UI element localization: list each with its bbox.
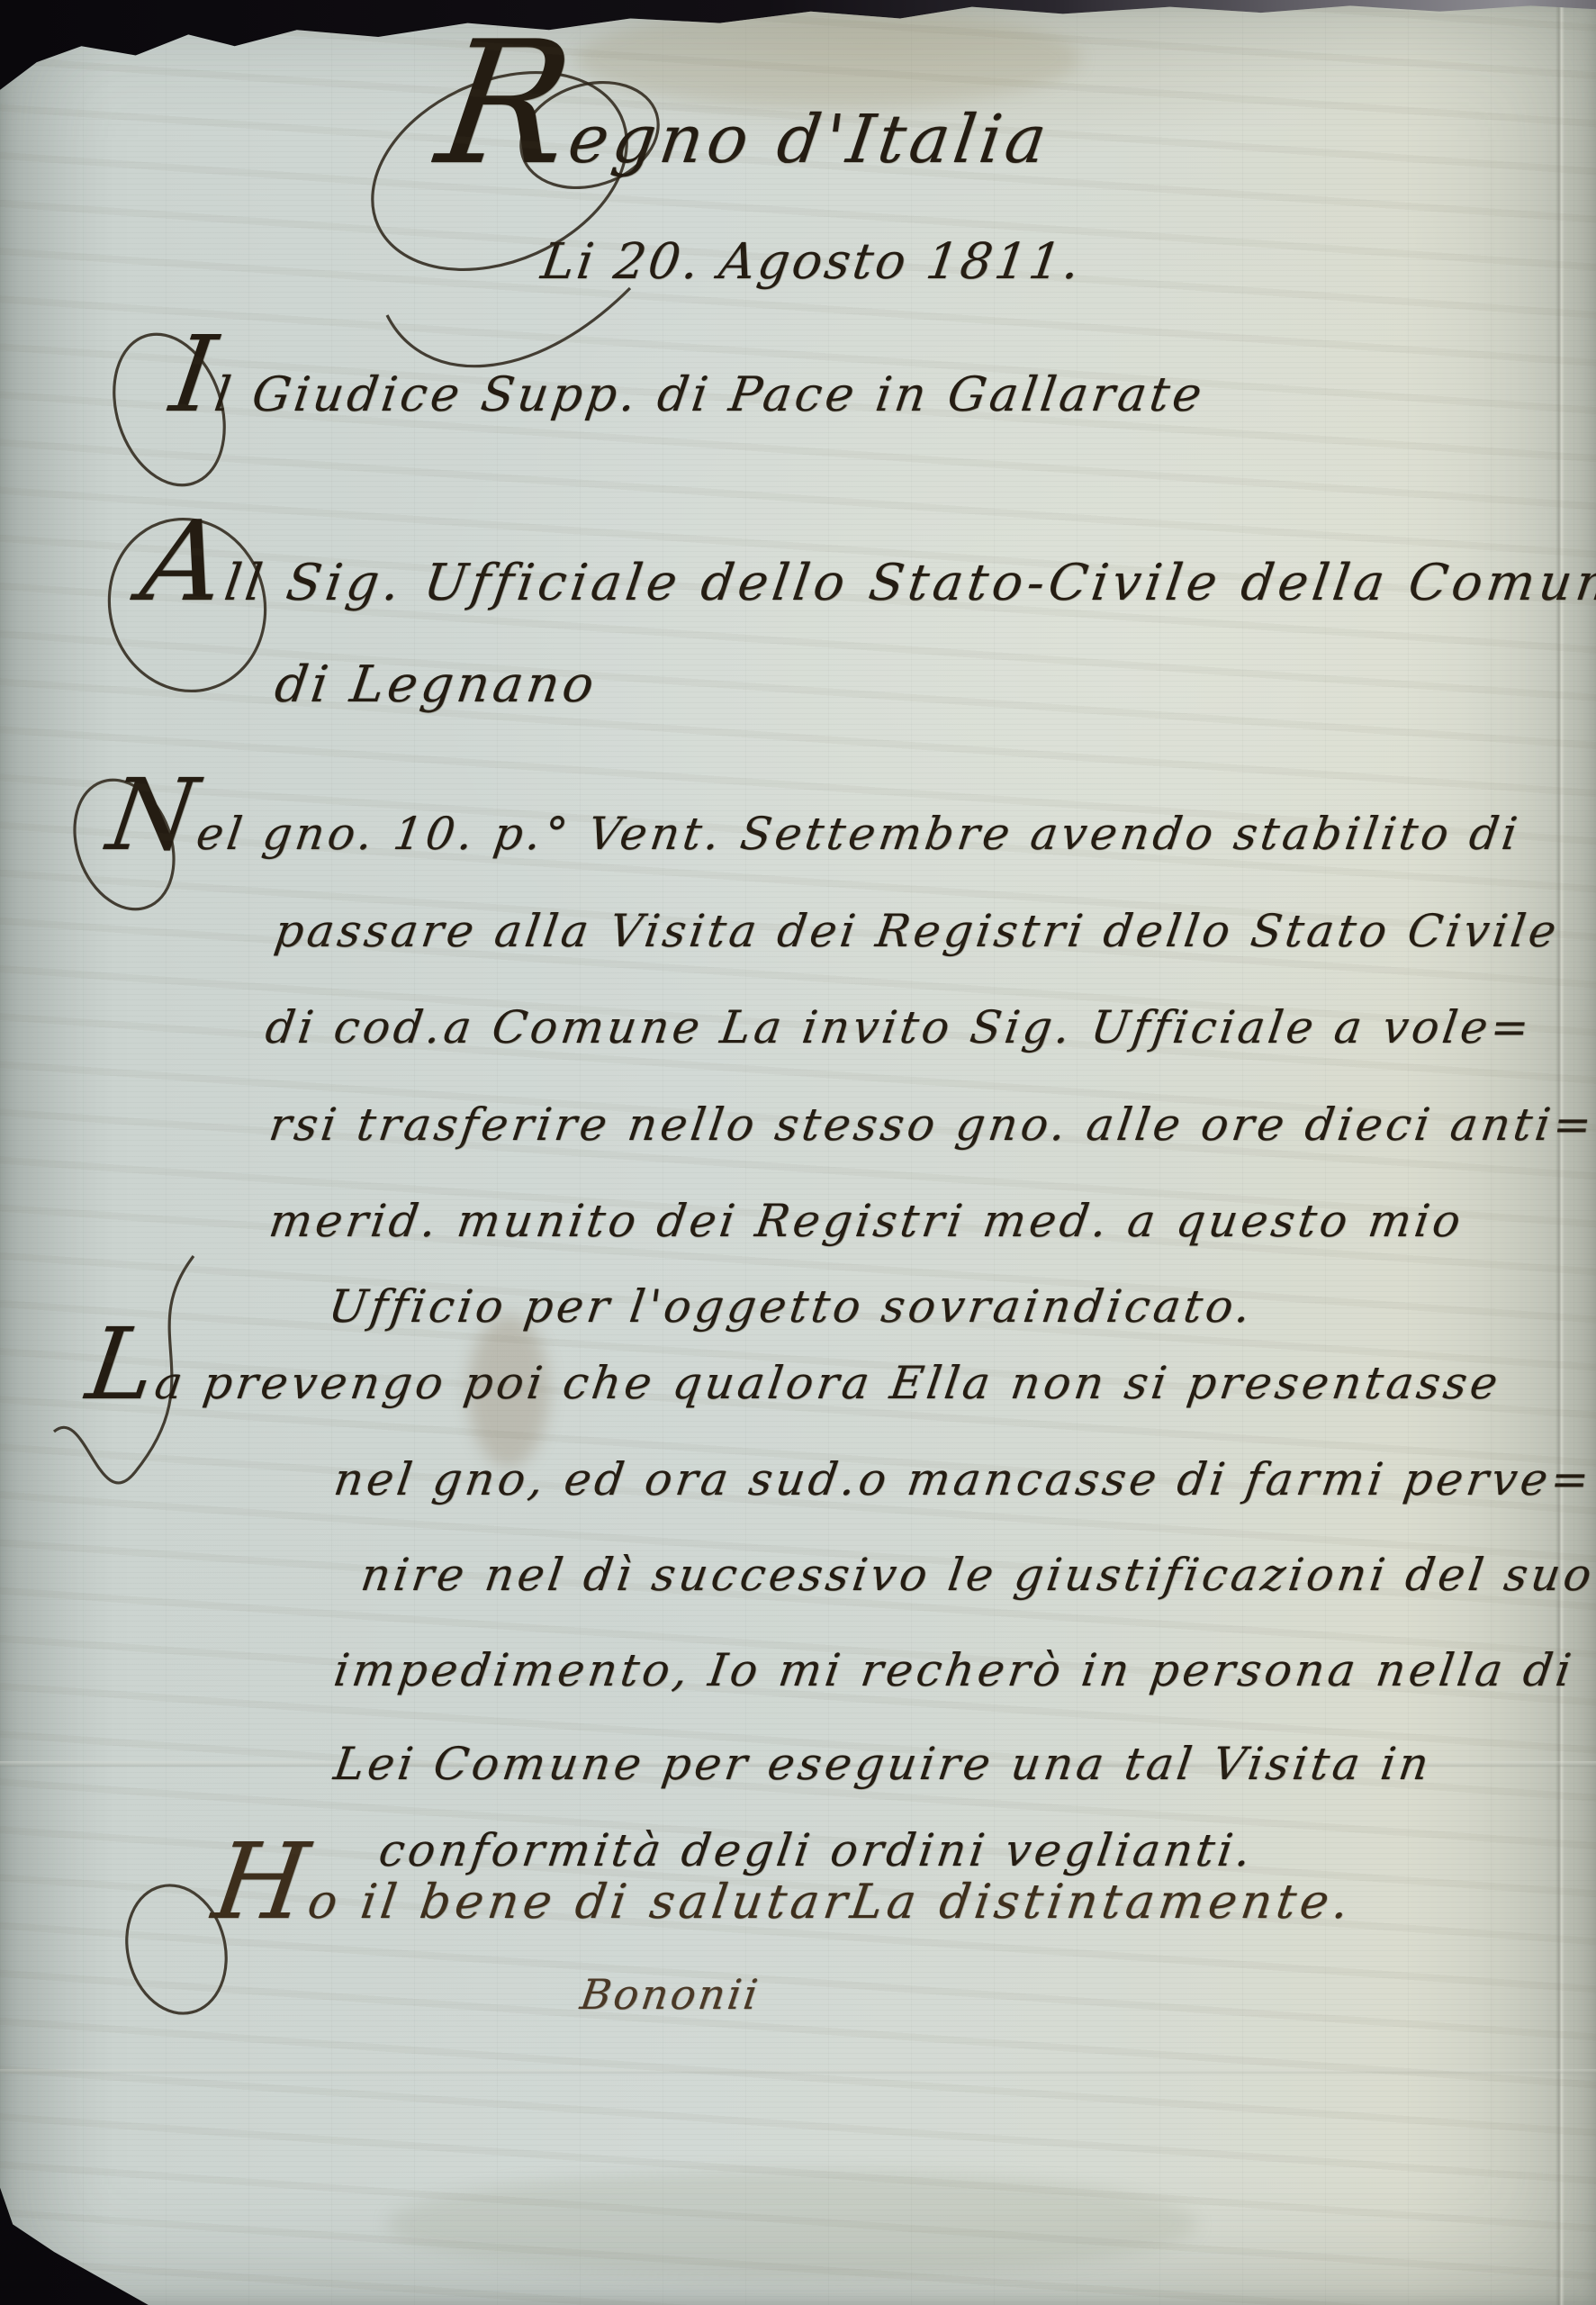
paper-stain-top bbox=[576, 9, 1080, 108]
body-line-text: Ufficio per l'oggetto sovraindicato. bbox=[326, 1284, 1257, 1329]
signature: Bononii bbox=[578, 1970, 757, 2019]
body-line: conformità degli ordini veglianti. bbox=[376, 1824, 1250, 1876]
body-line: Nel gno. 10. p.° Vent. Settembre avendo … bbox=[104, 808, 1517, 860]
body-line: nel gno, ed ora sud.o mancasse di farmi … bbox=[331, 1453, 1589, 1505]
addressee-line-2-text: di Legnano bbox=[272, 660, 600, 710]
header-kingdom-text: Regno d'Italia bbox=[432, 104, 1055, 173]
body-line-text: La prevengo poi che qualora Ella non si … bbox=[83, 1360, 1504, 1406]
body-line: di cod.a Comune La invito Sig. Ufficiale… bbox=[263, 1001, 1529, 1053]
closing-line-text: Ho il bene di salutarLa distintamente. bbox=[209, 1878, 1356, 1926]
body-line: nire nel dì successivo le giustificazion… bbox=[358, 1549, 1591, 1601]
body-line-text: impedimento, Io mi recherò in persona ne… bbox=[331, 1648, 1577, 1693]
body-line-text: rsi trasferire nello stesso gno. alle or… bbox=[266, 1102, 1596, 1147]
paper-stain-bottom bbox=[387, 2170, 1197, 2278]
body-line: impedimento, Io mi recherò in persona ne… bbox=[331, 1644, 1571, 1696]
vertical-fold-crease bbox=[1555, 0, 1564, 2305]
sender-line: Il Giudice Supp. di Pace in Gallarate bbox=[167, 367, 1202, 422]
body-line-text: nel gno, ed ora sud.o mancasse di farmi … bbox=[331, 1457, 1595, 1502]
body-line: Ufficio per l'oggetto sovraindicato. bbox=[326, 1280, 1250, 1333]
calligraphic-flourish-icon bbox=[0, 0, 1596, 2305]
header-dateline: Li 20. Agosto 1811. bbox=[538, 232, 1078, 290]
signature-text: Bononii bbox=[578, 1974, 762, 2015]
addressee-line-1-text: All Sig. Ufficiale dello Stato-Civile de… bbox=[137, 558, 1596, 609]
body-line-text: nire nel dì successivo le giustificazion… bbox=[358, 1552, 1596, 1597]
letter-paper: Regno d'Italia Li 20. Agosto 1811. Il Gi… bbox=[0, 0, 1596, 2305]
body-line-text: Nel gno. 10. p.° Vent. Settembre avendo … bbox=[104, 811, 1523, 856]
body-line: La prevengo poi che qualora Ella non si … bbox=[83, 1357, 1498, 1409]
body-line-text: passare alla Visita dei Registri dello S… bbox=[272, 908, 1563, 954]
body-line-text: Lei Comune per eseguire una tal Visita i… bbox=[331, 1741, 1435, 1786]
body-line: Lei Comune per eseguire una tal Visita i… bbox=[331, 1738, 1429, 1790]
horizontal-fold-crease-2 bbox=[0, 2069, 1596, 2074]
body-line: merid. munito dei Registri med. a questo… bbox=[266, 1195, 1460, 1247]
body-line-text: merid. munito dei Registri med. a questo… bbox=[266, 1198, 1466, 1243]
header-kingdom-line: Regno d'Italia bbox=[432, 101, 1045, 178]
scanned-letter-page: Regno d'Italia Li 20. Agosto 1811. Il Gi… bbox=[0, 0, 1596, 2305]
body-line: rsi trasferire nello stesso gno. alle or… bbox=[266, 1098, 1591, 1151]
body-line-text: conformità degli ordini veglianti. bbox=[376, 1828, 1257, 1873]
closing-line: Ho il bene di salutarLa distintamente. bbox=[209, 1875, 1349, 1930]
header-dateline-text: Li 20. Agosto 1811. bbox=[538, 237, 1086, 286]
body-line-text: di cod.a Comune La invito Sig. Ufficiale… bbox=[263, 1005, 1536, 1050]
body-line: passare alla Visita dei Registri dello S… bbox=[272, 905, 1556, 957]
sender-line-text: Il Giudice Supp. di Pace in Gallarate bbox=[167, 371, 1208, 419]
addressee-line-1: All Sig. Ufficiale dello Stato-Civile de… bbox=[137, 554, 1596, 612]
addressee-line-2: di Legnano bbox=[272, 655, 593, 714]
